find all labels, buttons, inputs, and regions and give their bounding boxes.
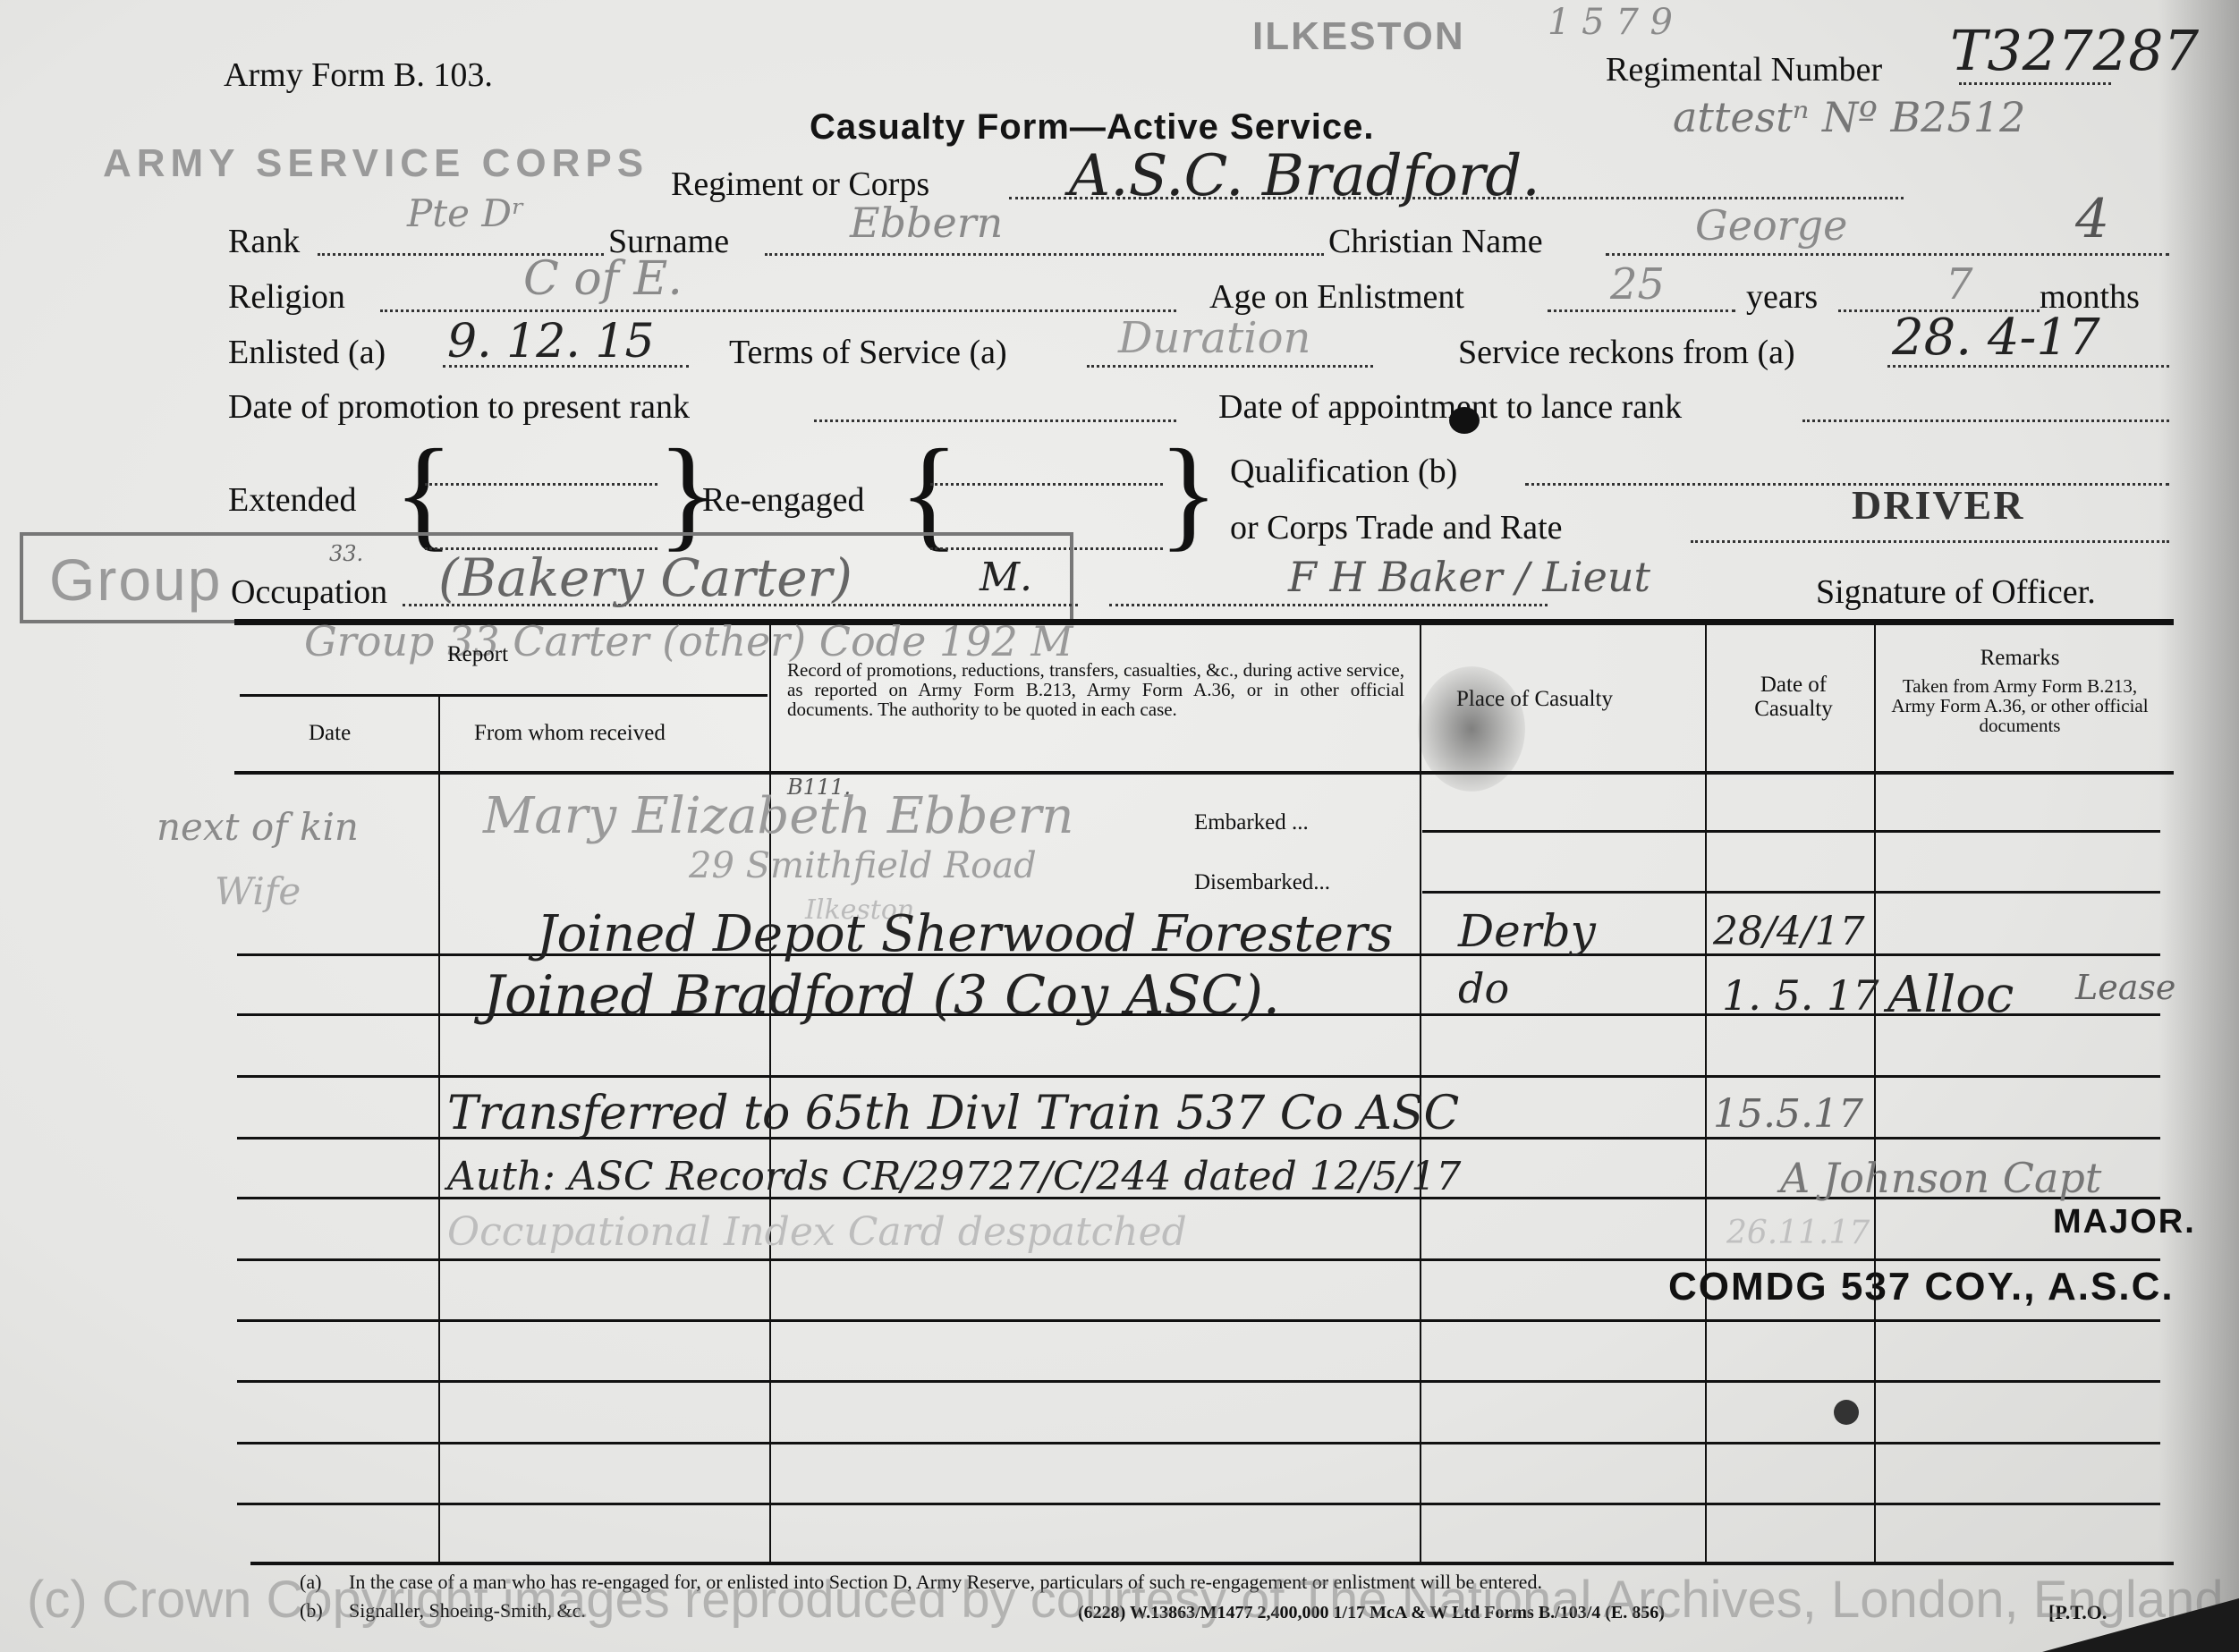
footer-rule: [250, 1562, 2174, 1565]
next-of-kin-relation: Wife: [215, 869, 301, 913]
date-of-promotion-line: [814, 419, 1176, 422]
qualification-line: [1525, 483, 2169, 486]
terms-of-service-value: Duration: [1118, 313, 1310, 363]
date-of-promotion-label: Date of promotion to present rank: [228, 387, 690, 427]
page-edge-shadow: [2158, 0, 2239, 1652]
officer-signature-label: Signature of Officer.: [1816, 572, 2096, 612]
regimental-number-value: T327287: [1950, 18, 2199, 83]
stamp-comdg: COMDG 537 COY., A.S.C.: [1668, 1265, 2175, 1309]
officer-signature-value: F H Baker / Lieut: [1288, 553, 1650, 601]
religion-label: Religion: [228, 277, 345, 317]
stamp-army-service-corps: ARMY SERVICE CORPS: [103, 141, 649, 186]
form-title: Casualty Form—Active Service.: [810, 107, 1374, 148]
header-remarks-sub: Taken from Army Form B.213, Army Form A.…: [1886, 676, 2154, 735]
disembarked-label: Disembarked...: [1194, 870, 1330, 895]
row-2-remarks-extra: Lease: [2075, 968, 2175, 1007]
extended-line-1: [425, 483, 657, 486]
regiment-value: A.S.C. Bradford.: [1069, 143, 1540, 209]
occupation-note: Group 33 Carter (other) Code 192 M: [304, 617, 1073, 665]
religion-value: C of E.: [523, 252, 683, 306]
next-of-kin-ref: B111.: [787, 775, 851, 800]
age-years-label: years: [1746, 277, 1818, 317]
row-4-remarks: A Johnson Capt: [1780, 1154, 2101, 1202]
row-1-date: 28/4/17: [1713, 909, 1865, 954]
regimental-number-label: Regimental Number: [1606, 50, 1882, 89]
ink-blot: [1449, 407, 1480, 434]
lance-rank-line: [1802, 419, 2169, 422]
enlisted-label: Enlisted (a): [228, 333, 386, 372]
next-of-kin-address: 29 Smithfield Road: [689, 845, 1037, 886]
terms-of-service-label: Terms of Service (a): [729, 333, 1007, 372]
ink-dot: [1834, 1400, 1859, 1425]
stamp-major: MAJOR.: [2053, 1203, 2196, 1241]
religion-line: [380, 309, 1176, 312]
header-from-whom: From whom received: [474, 721, 666, 746]
age-months-value: 7: [1946, 259, 1973, 309]
service-reckons-value: 28. 4-17: [1892, 309, 2100, 367]
christian-name-value: George: [1695, 201, 1847, 250]
row-5-date: 26.11.17: [1726, 1215, 1870, 1251]
col-divider-remarks: [1874, 624, 1876, 1563]
christian-name-label: Christian Name: [1328, 222, 1543, 261]
stamp-driver: DRIVER: [1852, 481, 2024, 529]
surname-line: [765, 253, 1324, 256]
stamp-group: Group: [49, 546, 222, 614]
row-2-place: do: [1458, 964, 1509, 1012]
surname-value: Ebbern: [850, 199, 1003, 247]
col-divider-from-whom: [438, 696, 440, 1563]
row-3-record: Transferred to 65th Divl Train 537 Co AS…: [447, 1087, 1459, 1140]
occupation-code: 33.: [329, 541, 363, 566]
report-underline: [240, 694, 768, 697]
re-engaged-brace-right: }: [1158, 431, 1218, 556]
age-label: Age on Enlistment: [1209, 277, 1464, 317]
occupation-value: (Bakery Carter): [438, 547, 852, 608]
stamp-ilkeston: ILKESTON: [1252, 14, 1465, 59]
header-remarks: Remarks: [1886, 646, 2154, 671]
header-record: Record of promotions, reductions, transf…: [787, 660, 1404, 719]
re-engaged-line-1: [930, 483, 1163, 486]
qualification-label: Qualification (b): [1230, 452, 1457, 491]
side-note: 4: [2075, 188, 2109, 250]
next-of-kin-label: next of kin: [157, 805, 359, 849]
row-4-record: Auth: ASC Records CR/29727/C/244 dated 1…: [447, 1154, 1461, 1199]
header-date-of-casualty: Date of Casualty: [1726, 673, 1861, 721]
form-number: Army Form B. 103.: [224, 55, 493, 95]
row-2-date: 1. 5. 17: [1722, 971, 1879, 1020]
row-2-remarks: Alloc: [1887, 966, 2014, 1024]
copyright-watermark: (c) Crown Copyright images reproduced by…: [27, 1570, 2224, 1630]
officer-signature-line: [1109, 604, 1548, 606]
rank-label: Rank: [228, 222, 300, 261]
re-engaged-label: Re-engaged: [702, 480, 864, 520]
terms-of-service-line: [1087, 365, 1373, 368]
page-corner-shadow: [2042, 1598, 2239, 1652]
header-date: Date: [309, 721, 351, 746]
age-years-value: 25: [1610, 259, 1665, 309]
row-1-place: Derby: [1458, 905, 1596, 957]
extended-label: Extended: [228, 480, 357, 520]
occupation-label: Occupation: [231, 572, 387, 612]
attestation-number: attestⁿ Nº B2512: [1673, 93, 2025, 141]
row-3-date: 15.5.17: [1713, 1091, 1863, 1137]
occupation-suffix: M.: [980, 555, 1032, 600]
enlisted-value: 9. 12. 15: [447, 315, 655, 369]
age-years-line: [1548, 309, 1735, 312]
header-bottom-rule: [234, 771, 2174, 775]
row-2-record: Joined Bradford (3 Coy ASC).: [483, 964, 1280, 1027]
row-1-record: Joined Depot Sherwood Foresters: [537, 905, 1394, 963]
christian-name-line: [1606, 253, 2169, 256]
service-reckons-label: Service reckons from (a): [1458, 333, 1795, 372]
header-report: Report: [447, 642, 508, 667]
stamp-town-note: 1 5 7 9: [1548, 2, 1673, 43]
corps-trade-label: or Corps Trade and Rate: [1230, 508, 1563, 547]
corps-trade-line: [1691, 540, 2169, 543]
next-of-kin-name: Mary Elizabeth Ebbern: [483, 787, 1073, 845]
row-5-record: Occupational Index Card despatched: [447, 1209, 1187, 1255]
rank-value: Pte Dʳ: [407, 191, 525, 235]
col-divider-date: [1705, 624, 1707, 1563]
document-page: Army Form B. 103. ARMY SERVICE CORPS ILK…: [0, 0, 2239, 1652]
